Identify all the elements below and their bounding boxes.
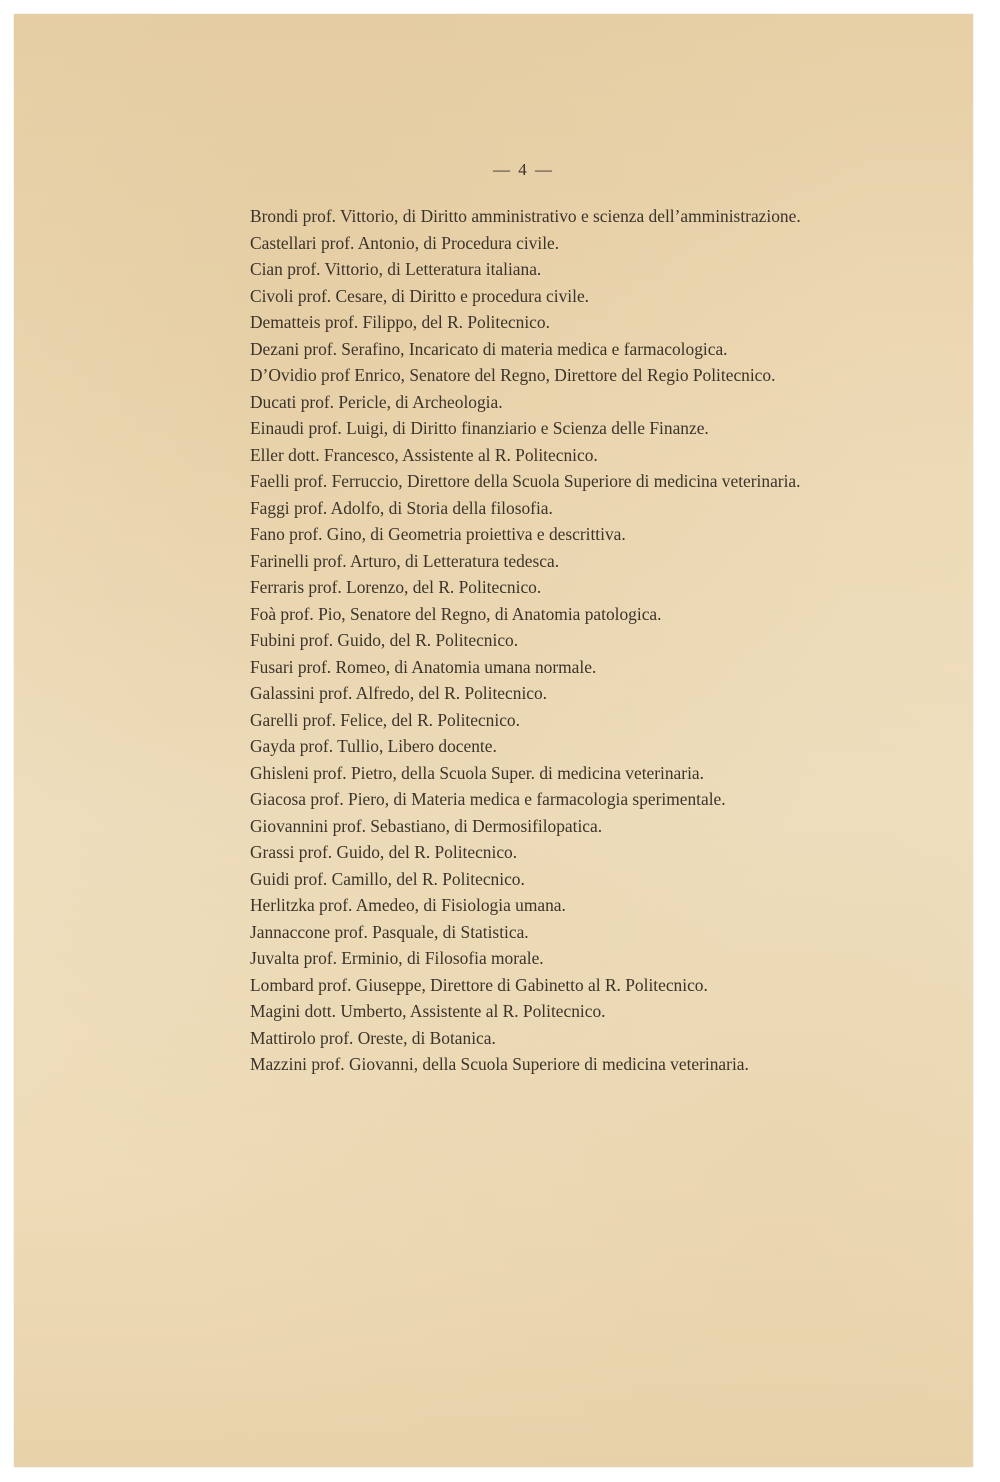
list-item: Giacosa prof. Piero, di Materia medica e… [250, 786, 850, 813]
list-item: Lombard prof. Giuseppe, Direttore di Gab… [250, 972, 850, 999]
faculty-list: Brondi prof. Vittorio, di Diritto ammini… [250, 203, 850, 1078]
list-item: Garelli prof. Felice, del R. Politecnico… [250, 707, 850, 734]
list-item: Ducati prof. Pericle, di Archeologia. [250, 389, 850, 416]
list-item: Einaudi prof. Luigi, di Diritto finanzia… [250, 415, 850, 442]
list-item: Faelli prof. Ferruccio, Direttore della … [250, 468, 850, 495]
list-item: Castellari prof. Antonio, di Procedura c… [250, 230, 850, 257]
list-item: Giovannini prof. Sebastiano, di Dermosif… [250, 813, 850, 840]
list-item: Guidi prof. Camillo, del R. Politecnico. [250, 866, 850, 893]
list-item: Juvalta prof. Erminio, di Filosofia mora… [250, 945, 850, 972]
list-item: Foà prof. Pio, Senatore del Regno, di An… [250, 601, 850, 628]
list-item: Dematteis prof. Filippo, del R. Politecn… [250, 309, 850, 336]
list-item: Farinelli prof. Arturo, di Letteratura t… [250, 548, 850, 575]
page-number: — 4 — [14, 160, 973, 180]
list-item: Fubini prof. Guido, del R. Politecnico. [250, 627, 850, 654]
list-item: Grassi prof. Guido, del R. Politecnico. [250, 839, 850, 866]
list-item: Jannaccone prof. Pasquale, di Statistica… [250, 919, 850, 946]
list-item: Ferraris prof. Lorenzo, del R. Politecni… [250, 574, 850, 601]
list-item: Galassini prof. Alfredo, del R. Politecn… [250, 680, 850, 707]
list-item: Magini dott. Umberto, Assistente al R. P… [250, 998, 850, 1025]
list-item: Ghisleni prof. Pietro, della Scuola Supe… [250, 760, 850, 787]
list-item: Eller dott. Francesco, Assistente al R. … [250, 442, 850, 469]
list-item: Cian prof. Vittorio, di Letteratura ital… [250, 256, 850, 283]
list-item: Dezani prof. Serafino, Incaricato di mat… [250, 336, 850, 363]
list-item: Mattirolo prof. Oreste, di Botanica. [250, 1025, 850, 1052]
list-item: Herlitzka prof. Amedeo, di Fisiologia um… [250, 892, 850, 919]
list-item: Fano prof. Gino, di Geometria proiettiva… [250, 521, 850, 548]
list-item: Fusari prof. Romeo, di Anatomia umana no… [250, 654, 850, 681]
list-item: Brondi prof. Vittorio, di Diritto ammini… [250, 203, 850, 230]
list-item: Mazzini prof. Giovanni, della Scuola Sup… [250, 1051, 850, 1078]
list-item: Faggi prof. Adolfo, di Storia della filo… [250, 495, 850, 522]
document-page: — 4 — Brondi prof. Vittorio, di Diritto … [14, 14, 973, 1467]
list-item: D’Ovidio prof Enrico, Senatore del Regno… [250, 362, 850, 389]
list-item: Gayda prof. Tullio, Libero docente. [250, 733, 850, 760]
list-item: Civoli prof. Cesare, di Diritto e proced… [250, 283, 850, 310]
